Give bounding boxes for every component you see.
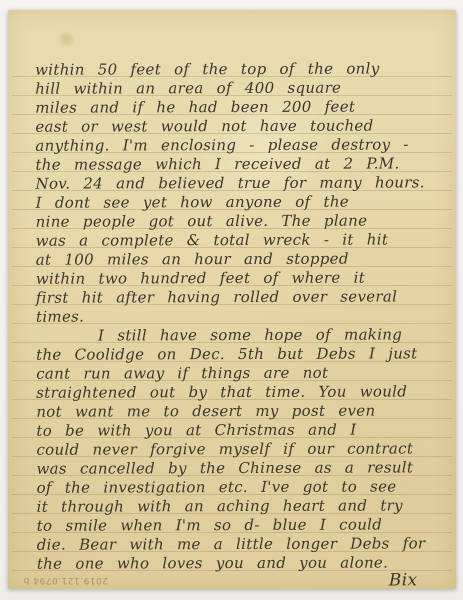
letter-line: was a complete & total wreck - it hit (36, 230, 444, 250)
letter-line: to be with you at Christmas and I (36, 420, 444, 440)
letter-line: the one who loves you and you alone. (37, 553, 445, 573)
letter-line: east or west would not have touched (35, 116, 443, 136)
letter-line: it through with an aching heart and try (37, 496, 445, 516)
letter-line: could never forgive myself if our contra… (36, 439, 444, 459)
letter-line: hill within an area of 400 square (35, 78, 443, 98)
letter-line: miles and if he had been 200 feet (35, 97, 443, 117)
letter-line: to smile when I'm so d- blue I could (37, 515, 445, 535)
letter-line: Nov. 24 and believed true for many hours… (35, 173, 443, 193)
letter-line: I dont see yet how anyone of the (36, 192, 444, 212)
letter-line: within 50 feet of the top of the only (35, 59, 443, 79)
letter-line-paragraph-start: I still have some hope of making (36, 325, 444, 345)
letter-line: times. (36, 306, 444, 326)
letter-line: the Coolidge on Dec. 5th but Debs I just (36, 344, 444, 364)
letter-line: cant run away if things are not (36, 363, 444, 383)
letter-line: the message which I received at 2 P.M. (35, 154, 443, 174)
letter-body: within 50 feet of the top of the only hi… (35, 59, 445, 589)
letter-line: of the investigation etc. I've got to se… (37, 477, 445, 497)
letter-line: at 100 miles an hour and stopped (36, 249, 444, 269)
letter-line: within two hundred feet of where it (36, 268, 444, 288)
letter-line: nine people got out alive. The plane (36, 211, 444, 231)
letter-line: die. Bear with me a little longer Debs f… (37, 534, 445, 554)
letter-line: not want me to desert my post even (36, 401, 444, 421)
letter-page: within 50 feet of the top of the only hi… (8, 10, 456, 589)
letter-line: was cancelled by the Chinese as a result (36, 458, 444, 478)
letter-line: first hit after having rolled over sever… (36, 287, 444, 307)
photo-background: within 50 feet of the top of the only hi… (0, 0, 463, 600)
letter-line: anything. I'm enclosing - please destroy… (35, 135, 443, 155)
letter-line: straightened out by that time. You would (36, 382, 444, 402)
accession-stamp: 2019.121.0794 b (12, 573, 108, 586)
